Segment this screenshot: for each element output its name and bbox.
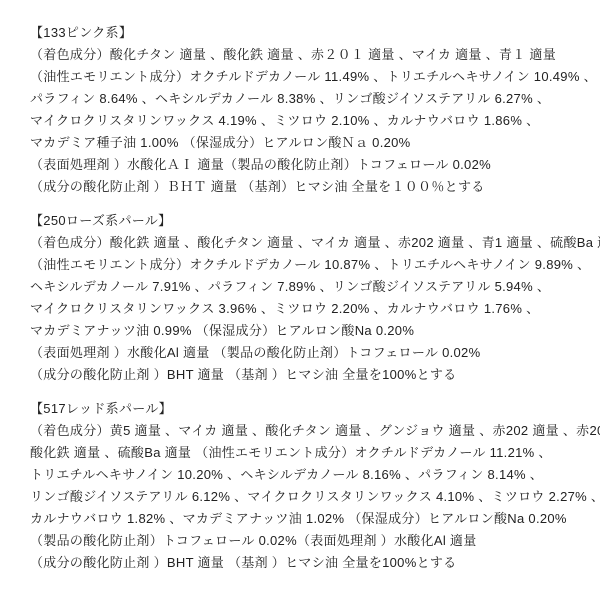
ingredient-line: カルナウバロウ 1.82% 、マカデミアナッツ油 1.02% （保湿成分）ヒアル… xyxy=(30,508,580,530)
ingredient-line: （油性エモリエント成分）オクチルドデカノール 10.87% 、トリエチルヘキサノ… xyxy=(30,254,580,276)
ingredient-line: （製品の酸化防止剤）トコフェロール 0.02%（表面処理剤 ）水酸化Al 適量 xyxy=(30,530,580,552)
ingredient-line: マイクロクリスタリンワックス 4.19% 、ミツロウ 2.10% 、カルナウバロ… xyxy=(30,110,580,132)
ingredient-line: （成分の酸化防止剤 ）ＢＨＴ 適量 （基剤）ヒマシ油 全量を１００％とする xyxy=(30,176,580,198)
ingredient-line: 酸化鉄 適量 、硫酸Ba 適量 （油性エモリエント成分）オクチルドデカノール 1… xyxy=(30,442,580,464)
ingredient-line: ヘキシルデカノール 7.91% 、パラフィン 7.89% 、リンゴ酸ジイソステア… xyxy=(30,276,580,298)
ingredient-section-250-rose-pearl: 【250ローズ系パール】 （着色成分）酸化鉄 適量 、酸化チタン 適量 、マイカ… xyxy=(30,210,580,386)
section-title: 【517レッド系パール】 xyxy=(30,398,580,420)
ingredient-section-517-red-pearl: 【517レッド系パール】 （着色成分）黄5 適量 、マイカ 適量 、酸化チタン … xyxy=(30,398,580,574)
ingredient-line: （表面処理剤 ）水酸化Al 適量 （製品の酸化防止剤）トコフェロール 0.02% xyxy=(30,342,580,364)
ingredient-line: （成分の酸化防止剤 ）BHT 適量 （基剤 ）ヒマシ油 全量を100%とする xyxy=(30,552,580,574)
ingredient-line: リンゴ酸ジイソステアリル 6.12% 、マイクロクリスタリンワックス 4.10%… xyxy=(30,486,580,508)
ingredient-line: トリエチルヘキサノイン 10.20% 、ヘキシルデカノール 8.16% 、パラフ… xyxy=(30,464,580,486)
section-title: 【133ピンク系】 xyxy=(30,22,580,44)
ingredient-line: （成分の酸化防止剤 ）BHT 適量 （基剤 ）ヒマシ油 全量を100%とする xyxy=(30,364,580,386)
ingredient-line: パラフィン 8.64% 、ヘキシルデカノール 8.38% 、リンゴ酸ジイソステア… xyxy=(30,88,580,110)
section-title: 【250ローズ系パール】 xyxy=(30,210,580,232)
ingredient-line: （表面処理剤 ）水酸化ＡＩ 適量（製品の酸化防止剤）トコフェロール 0.02% xyxy=(30,154,580,176)
ingredient-line: マカデミアナッツ油 0.99% （保湿成分）ヒアルロン酸Na 0.20% xyxy=(30,320,580,342)
ingredient-section-133-pink: 【133ピンク系】 （着色成分）酸化チタン 適量 、酸化鉄 適量 、赤２０１ 適… xyxy=(30,22,580,198)
ingredient-line: マカデミア種子油 1.00% （保湿成分）ヒアルロン酸Ｎａ 0.20% xyxy=(30,132,580,154)
ingredient-line: （着色成分）黄5 適量 、マイカ 適量 、酸化チタン 適量 、グンジョウ 適量 … xyxy=(30,420,580,442)
ingredient-line: （着色成分）酸化チタン 適量 、酸化鉄 適量 、赤２０１ 適量 、マイカ 適量 … xyxy=(30,44,580,66)
ingredient-document: 【133ピンク系】 （着色成分）酸化チタン 適量 、酸化鉄 適量 、赤２０１ 適… xyxy=(0,0,600,574)
ingredient-line: （着色成分）酸化鉄 適量 、酸化チタン 適量 、マイカ 適量 、赤202 適量 … xyxy=(30,232,580,254)
ingredient-line: マイクロクリスタリンワックス 3.96% 、ミツロウ 2.20% 、カルナウバロ… xyxy=(30,298,580,320)
ingredient-line: （油性エモリエント成分）オクチルドデカノール 11.49% 、トリエチルヘキサノ… xyxy=(30,66,580,88)
